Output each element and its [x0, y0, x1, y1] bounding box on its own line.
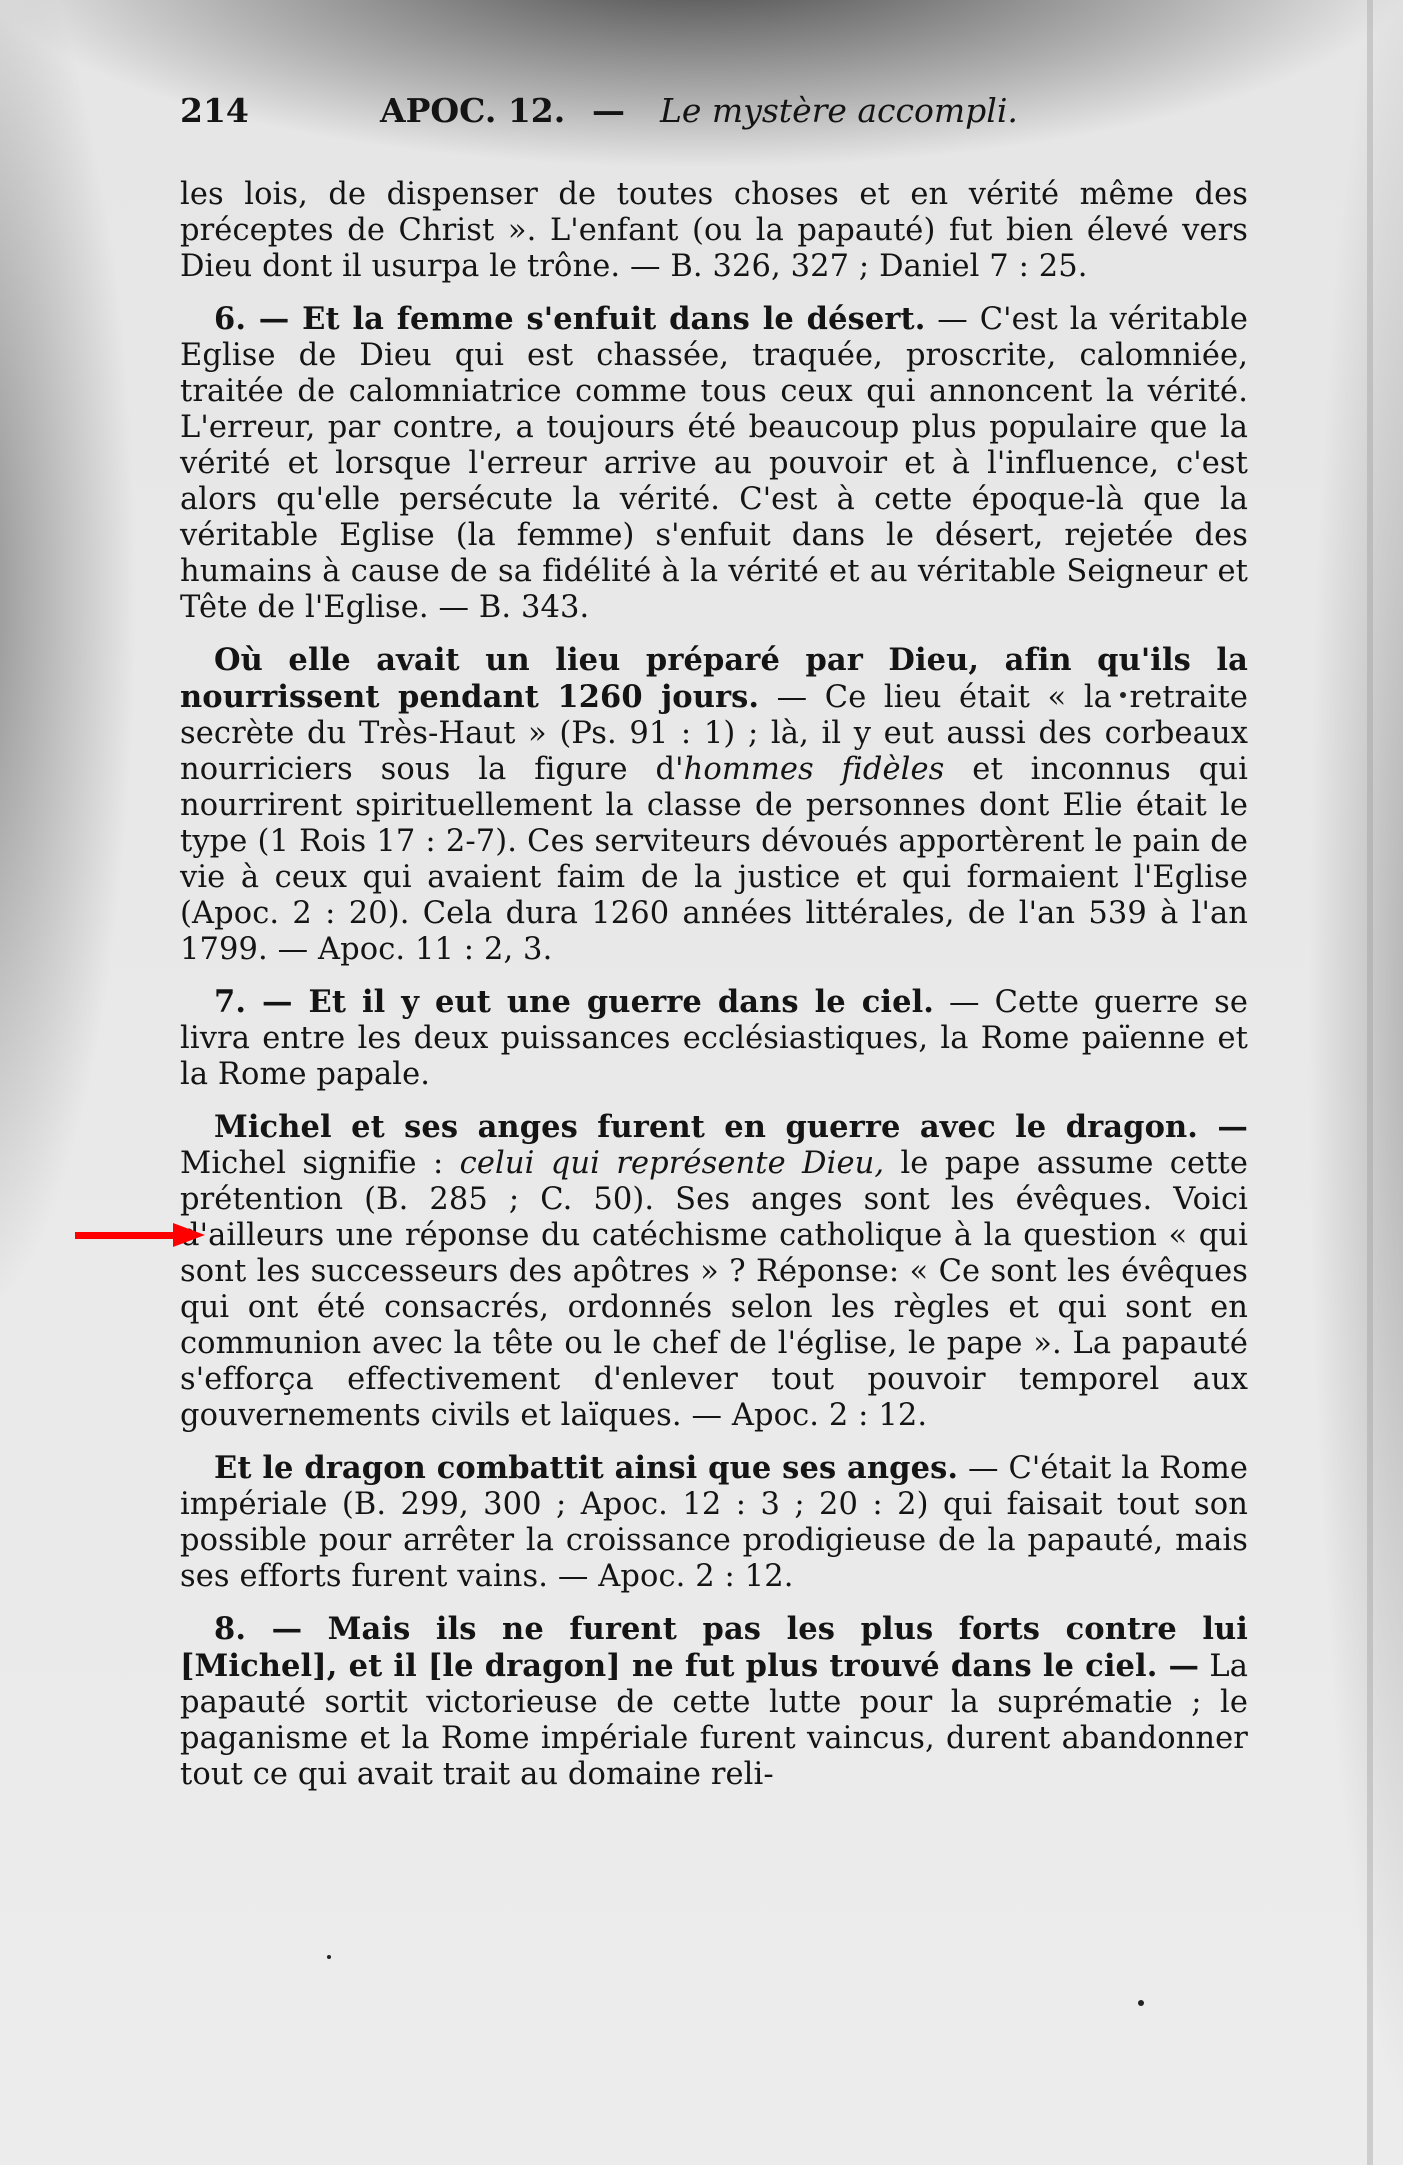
- verse-heading: Et le dragon combattit ainsi que ses ang…: [214, 1450, 958, 1486]
- paragraph: Et le dragon combattit ainsi que ses ang…: [180, 1450, 1248, 1595]
- paragraph: 8. — Mais ils ne furent pas les plus for…: [180, 1611, 1248, 1793]
- book-reference: APOC. 12.: [380, 86, 565, 136]
- header-dash: —: [592, 86, 625, 136]
- paragraph-highlighted: Michel et ses anges furent en guerre ave…: [180, 1109, 1248, 1434]
- page-number: 214: [180, 86, 249, 136]
- verse-heading: 8. — Mais ils ne furent pas les plus for…: [180, 1611, 1248, 1684]
- running-head: 214 APOC. 12. — Le mystère accompli.: [180, 86, 1180, 136]
- paragraph: 7. — Et il y eut une guerre dans le ciel…: [180, 984, 1248, 1093]
- ink-speck: [1120, 692, 1126, 698]
- commentary-text: — C'est la véritable Eglise de Dieu qui …: [180, 302, 1248, 625]
- verse-heading: 7. — Et il y eut une guerre dans le ciel…: [214, 984, 934, 1020]
- paragraph: Où elle avait un lieu préparé par Dieu, …: [180, 642, 1248, 968]
- scanned-page: 214 APOC. 12. — Le mystère accompli. les…: [0, 0, 1403, 2165]
- paragraph: les lois, de dispenser de toutes choses …: [180, 177, 1248, 285]
- chapter-title: Le mystère accompli.: [660, 86, 1018, 136]
- emphasis-text: hommes fidèles: [684, 752, 945, 787]
- red-arrow-icon: [75, 1223, 205, 1247]
- commentary-text: Michel signifie :: [180, 1146, 460, 1181]
- verse-heading: 6. — Et la femme s'enfuit dans le désert…: [214, 301, 925, 337]
- verse-heading: Michel et ses anges furent en guerre ave…: [214, 1109, 1248, 1145]
- body-text: les lois, de dispenser de toutes choses …: [180, 177, 1248, 1793]
- emphasis-text: celui qui représente Dieu,: [460, 1146, 884, 1181]
- ink-speck: [327, 1955, 331, 1959]
- page-edge-shadow: [1367, 0, 1373, 2165]
- commentary-text: le pape assume cette prétention (B. 285 …: [180, 1146, 1248, 1433]
- ink-speck: [1138, 2000, 1144, 2006]
- commentary-text: les lois, de dispenser de toutes choses …: [180, 177, 1248, 284]
- paragraph: 6. — Et la femme s'enfuit dans le désert…: [180, 301, 1248, 626]
